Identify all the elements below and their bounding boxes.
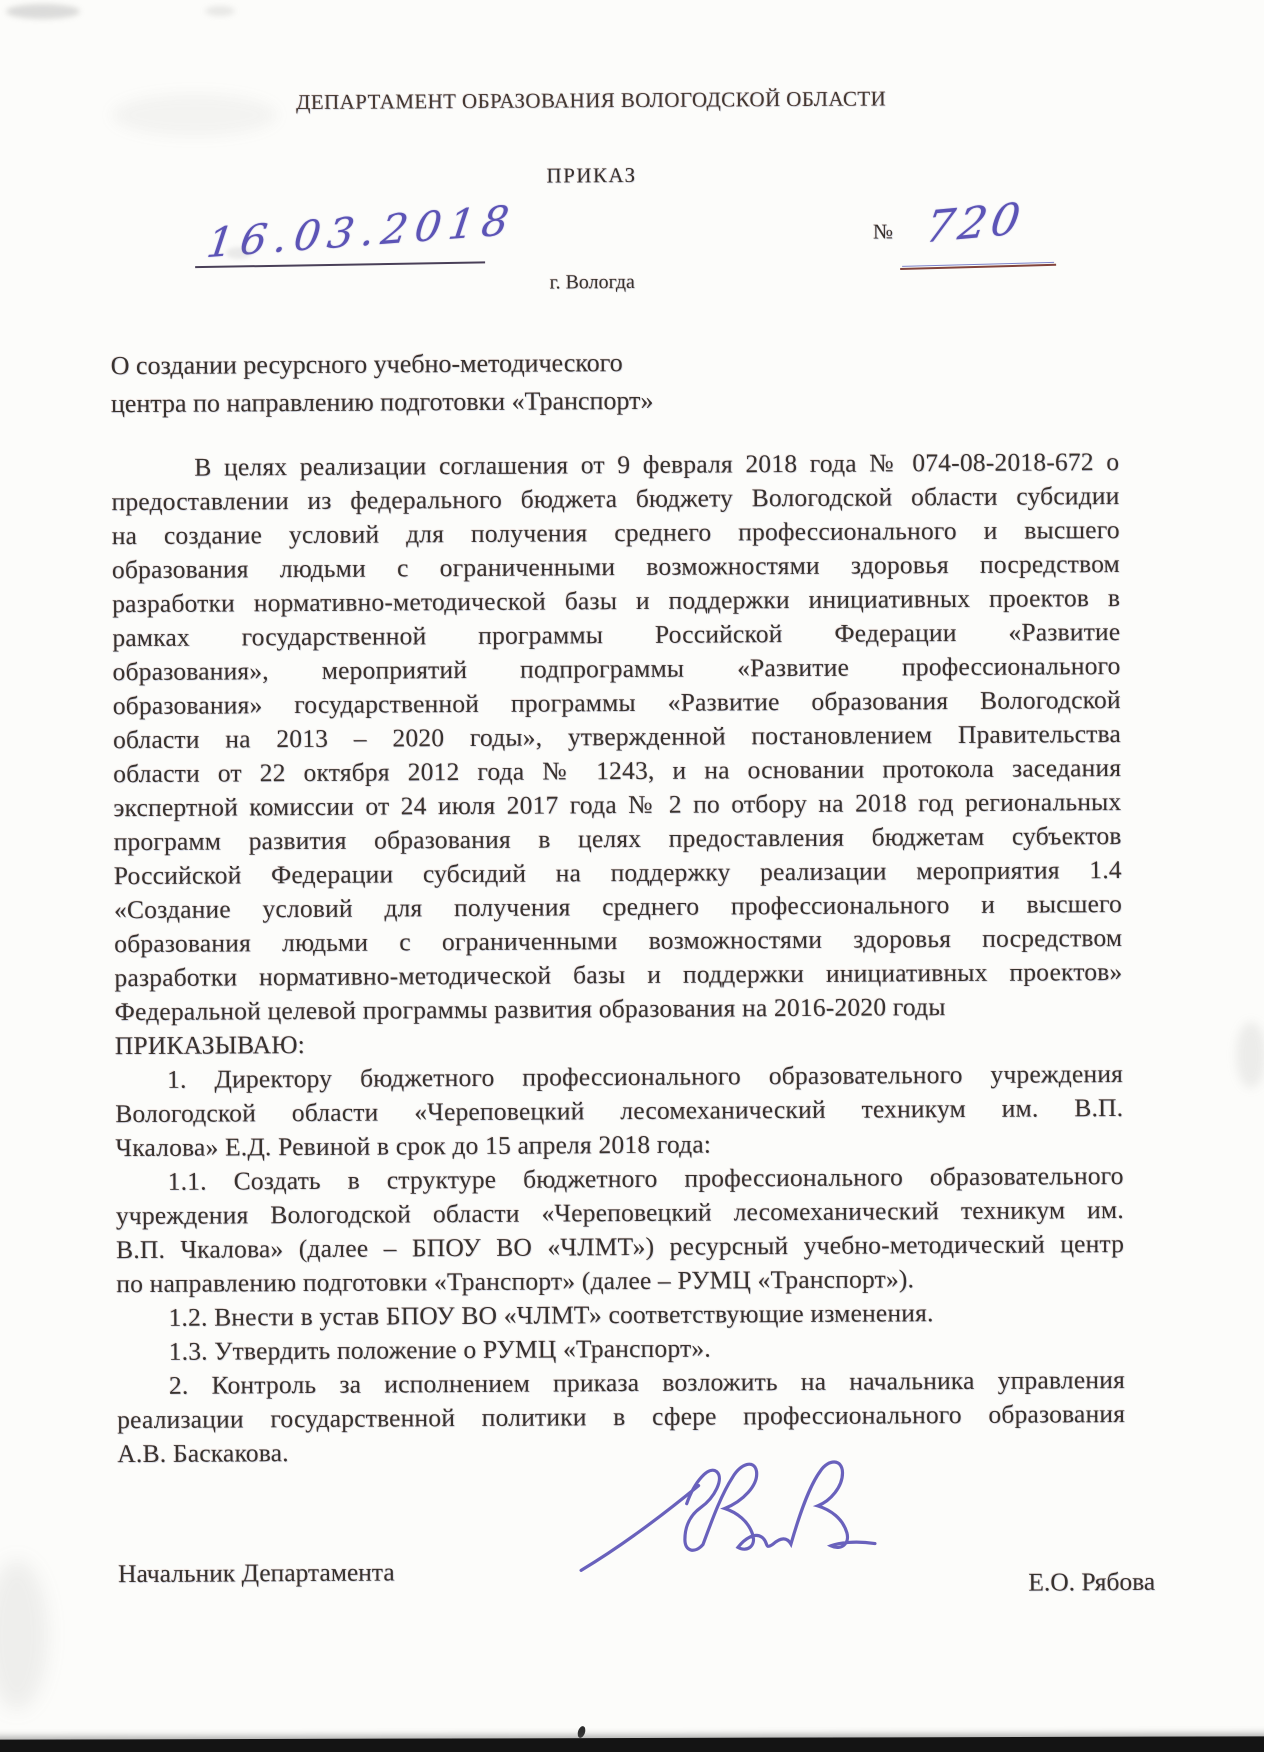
preamble-line: разработки нормативно-методической базы … [114,955,1122,995]
scanned-document-page: ДЕПАРТАМЕНТ ОБРАЗОВАНИЯ ВОЛОГОДСКОЙ ОБЛА… [0,0,1264,1752]
order-item-line: реализации государственной политики в сф… [117,1397,1125,1437]
number-sign-label: № [873,219,893,244]
order-item-line: Вологодской области «Череповецкий лесоме… [115,1091,1123,1131]
order-item-line: В.П. Чкалова» (далее – БПОУ ВО «ЧЛМТ») р… [116,1227,1124,1267]
signature-scrawl [569,1450,890,1582]
handwritten-date: 16.03.2018 [204,196,519,267]
scan-edge-band [0,1736,1264,1752]
subject-line: центра по направлению подготовки «Трансп… [111,379,1119,423]
order-body: В целях реализации соглашения от 9 февра… [111,445,1125,1471]
organization-title: ДЕПАРТАМЕНТ ОБРАЗОВАНИЯ ВОЛОГОДСКОЙ ОБЛА… [86,85,1096,116]
signoff-position: Начальник Департамента [118,1557,395,1589]
subject-line: О создании ресурсного учебно-методическо… [111,341,1119,385]
document-content: ДЕПАРТАМЕНТ ОБРАЗОВАНИЯ ВОЛОГОДСКОЙ ОБЛА… [0,0,1264,1752]
document-type-title: ПРИКАЗ [87,160,1097,191]
city-line: г. Вологда [87,268,1097,297]
signoff-name: Е.О. Рябова [1028,1567,1155,1598]
subject-block: О создании ресурсного учебно-методическо… [111,341,1119,423]
handwritten-number: 720 [922,193,1028,253]
